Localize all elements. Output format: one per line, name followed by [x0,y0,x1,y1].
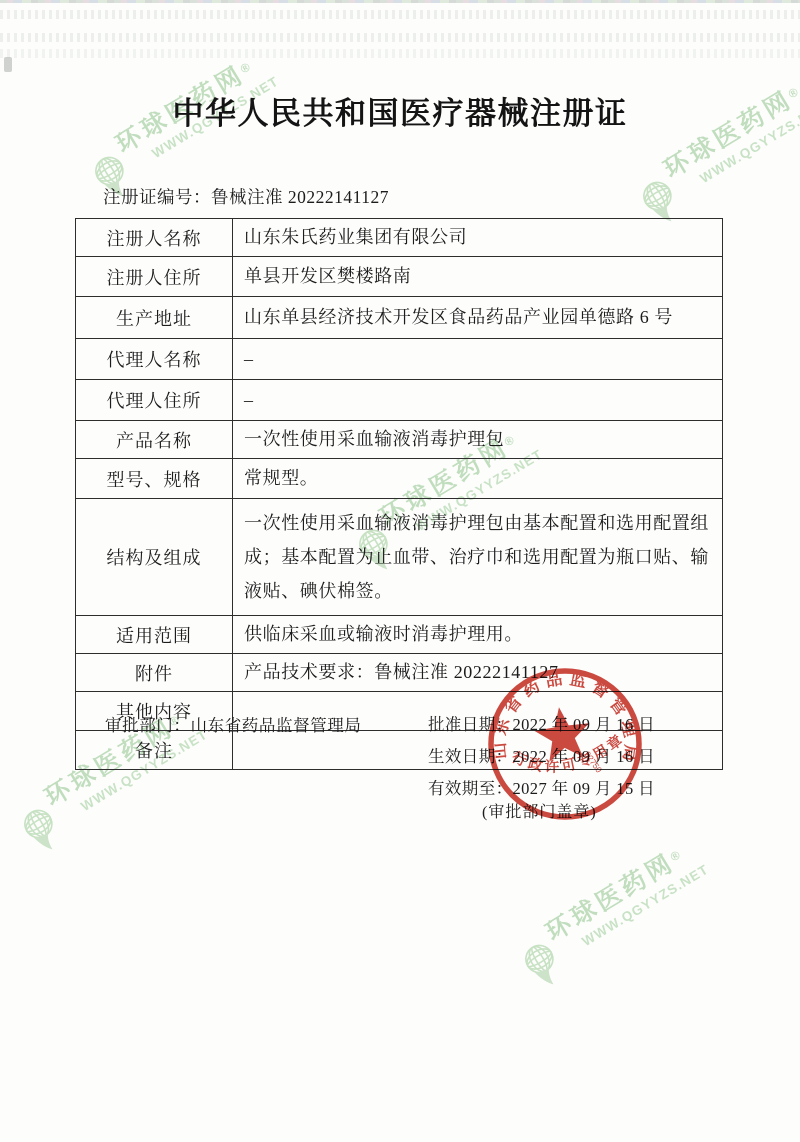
registered-mark-icon: ® [238,60,253,77]
table-row: 注册人住所单县开发区樊楼路南 [76,257,723,297]
scan-artifact [0,0,800,3]
globe-icon [15,801,70,859]
certificate-page: 环球医药网® WWW.QGYYZS.NET 环球医药网® WWW.QGYYZS.… [0,0,800,1142]
row-value: 山东单县经济技术开发区食品药品产业园单德路 6 号 [233,297,723,339]
certificate-title: 中华人民共和国医疗器械注册证 [0,88,800,133]
row-label: 适用范围 [76,616,233,654]
registration-number: 注册证编号：鲁械注准 20222141127 [103,184,389,209]
table-row: 产品名称一次性使用采血输液消毒护理包 [76,421,723,459]
approval-department: 审批部门：山东省药品监督管理局 [105,712,362,736]
scan-artifact [0,10,800,19]
scan-artifact [0,49,800,58]
table-row: 型号、规格常规型。 [76,459,723,499]
table-row: 生产地址山东单县经济技术开发区食品药品产业园单德路 6 号 [76,297,723,339]
registration-number-label: 注册证编号： [103,187,211,207]
row-value: 一次性使用采血输液消毒护理包由基本配置和选用配置组成；基本配置为止血带、治疗巾和… [233,499,723,616]
row-label: 附件 [76,654,233,692]
table-row: 代理人住所– [76,380,723,421]
watermark-brand: 环球医药网® [538,830,703,949]
row-value: – [233,380,723,421]
table-row: 代理人名称– [76,339,723,380]
row-label: 型号、规格 [76,459,233,499]
row-value: – [233,339,723,380]
row-label: 生产地址 [76,297,233,339]
row-label: 结构及组成 [76,499,233,616]
scan-artifact [0,33,800,42]
row-label: 备注 [76,731,233,770]
registration-number-value: 鲁械注准 20222141127 [211,187,389,207]
row-value: 产品技术要求：鲁械注准 20222141127 [233,654,723,692]
table-row: 注册人名称山东朱氏药业集团有限公司 [76,219,723,257]
row-label: 产品名称 [76,421,233,459]
watermark: 环球医药网® WWW.QGYYZS.NET [505,830,718,994]
scan-artifact [4,57,12,72]
row-value: 一次性使用采血输液消毒护理包 [233,421,723,459]
row-label: 注册人住所 [76,257,233,297]
row-label: 代理人住所 [76,380,233,421]
row-value: 常规型。 [233,459,723,499]
row-value: 供临床采血或输液时消毒护理用。 [233,616,723,654]
watermark-url: WWW.QGYYZS.NET [579,861,711,949]
globe-icon [516,936,571,994]
official-seal-stamp: 山东省药品监督管理局 行政许可专用章 92750 [486,666,646,824]
table-row: 结构及组成一次性使用采血输液消毒护理包由基本配置和选用配置组成；基本配置为止血带… [76,499,723,616]
row-value: 山东朱氏药业集团有限公司 [233,219,723,257]
registered-mark-icon: ® [668,848,683,865]
row-value: 单县开发区樊楼路南 [233,257,723,297]
row-label: 注册人名称 [76,219,233,257]
table-row: 适用范围供临床采血或输液时消毒护理用。 [76,616,723,654]
row-label: 代理人名称 [76,339,233,380]
